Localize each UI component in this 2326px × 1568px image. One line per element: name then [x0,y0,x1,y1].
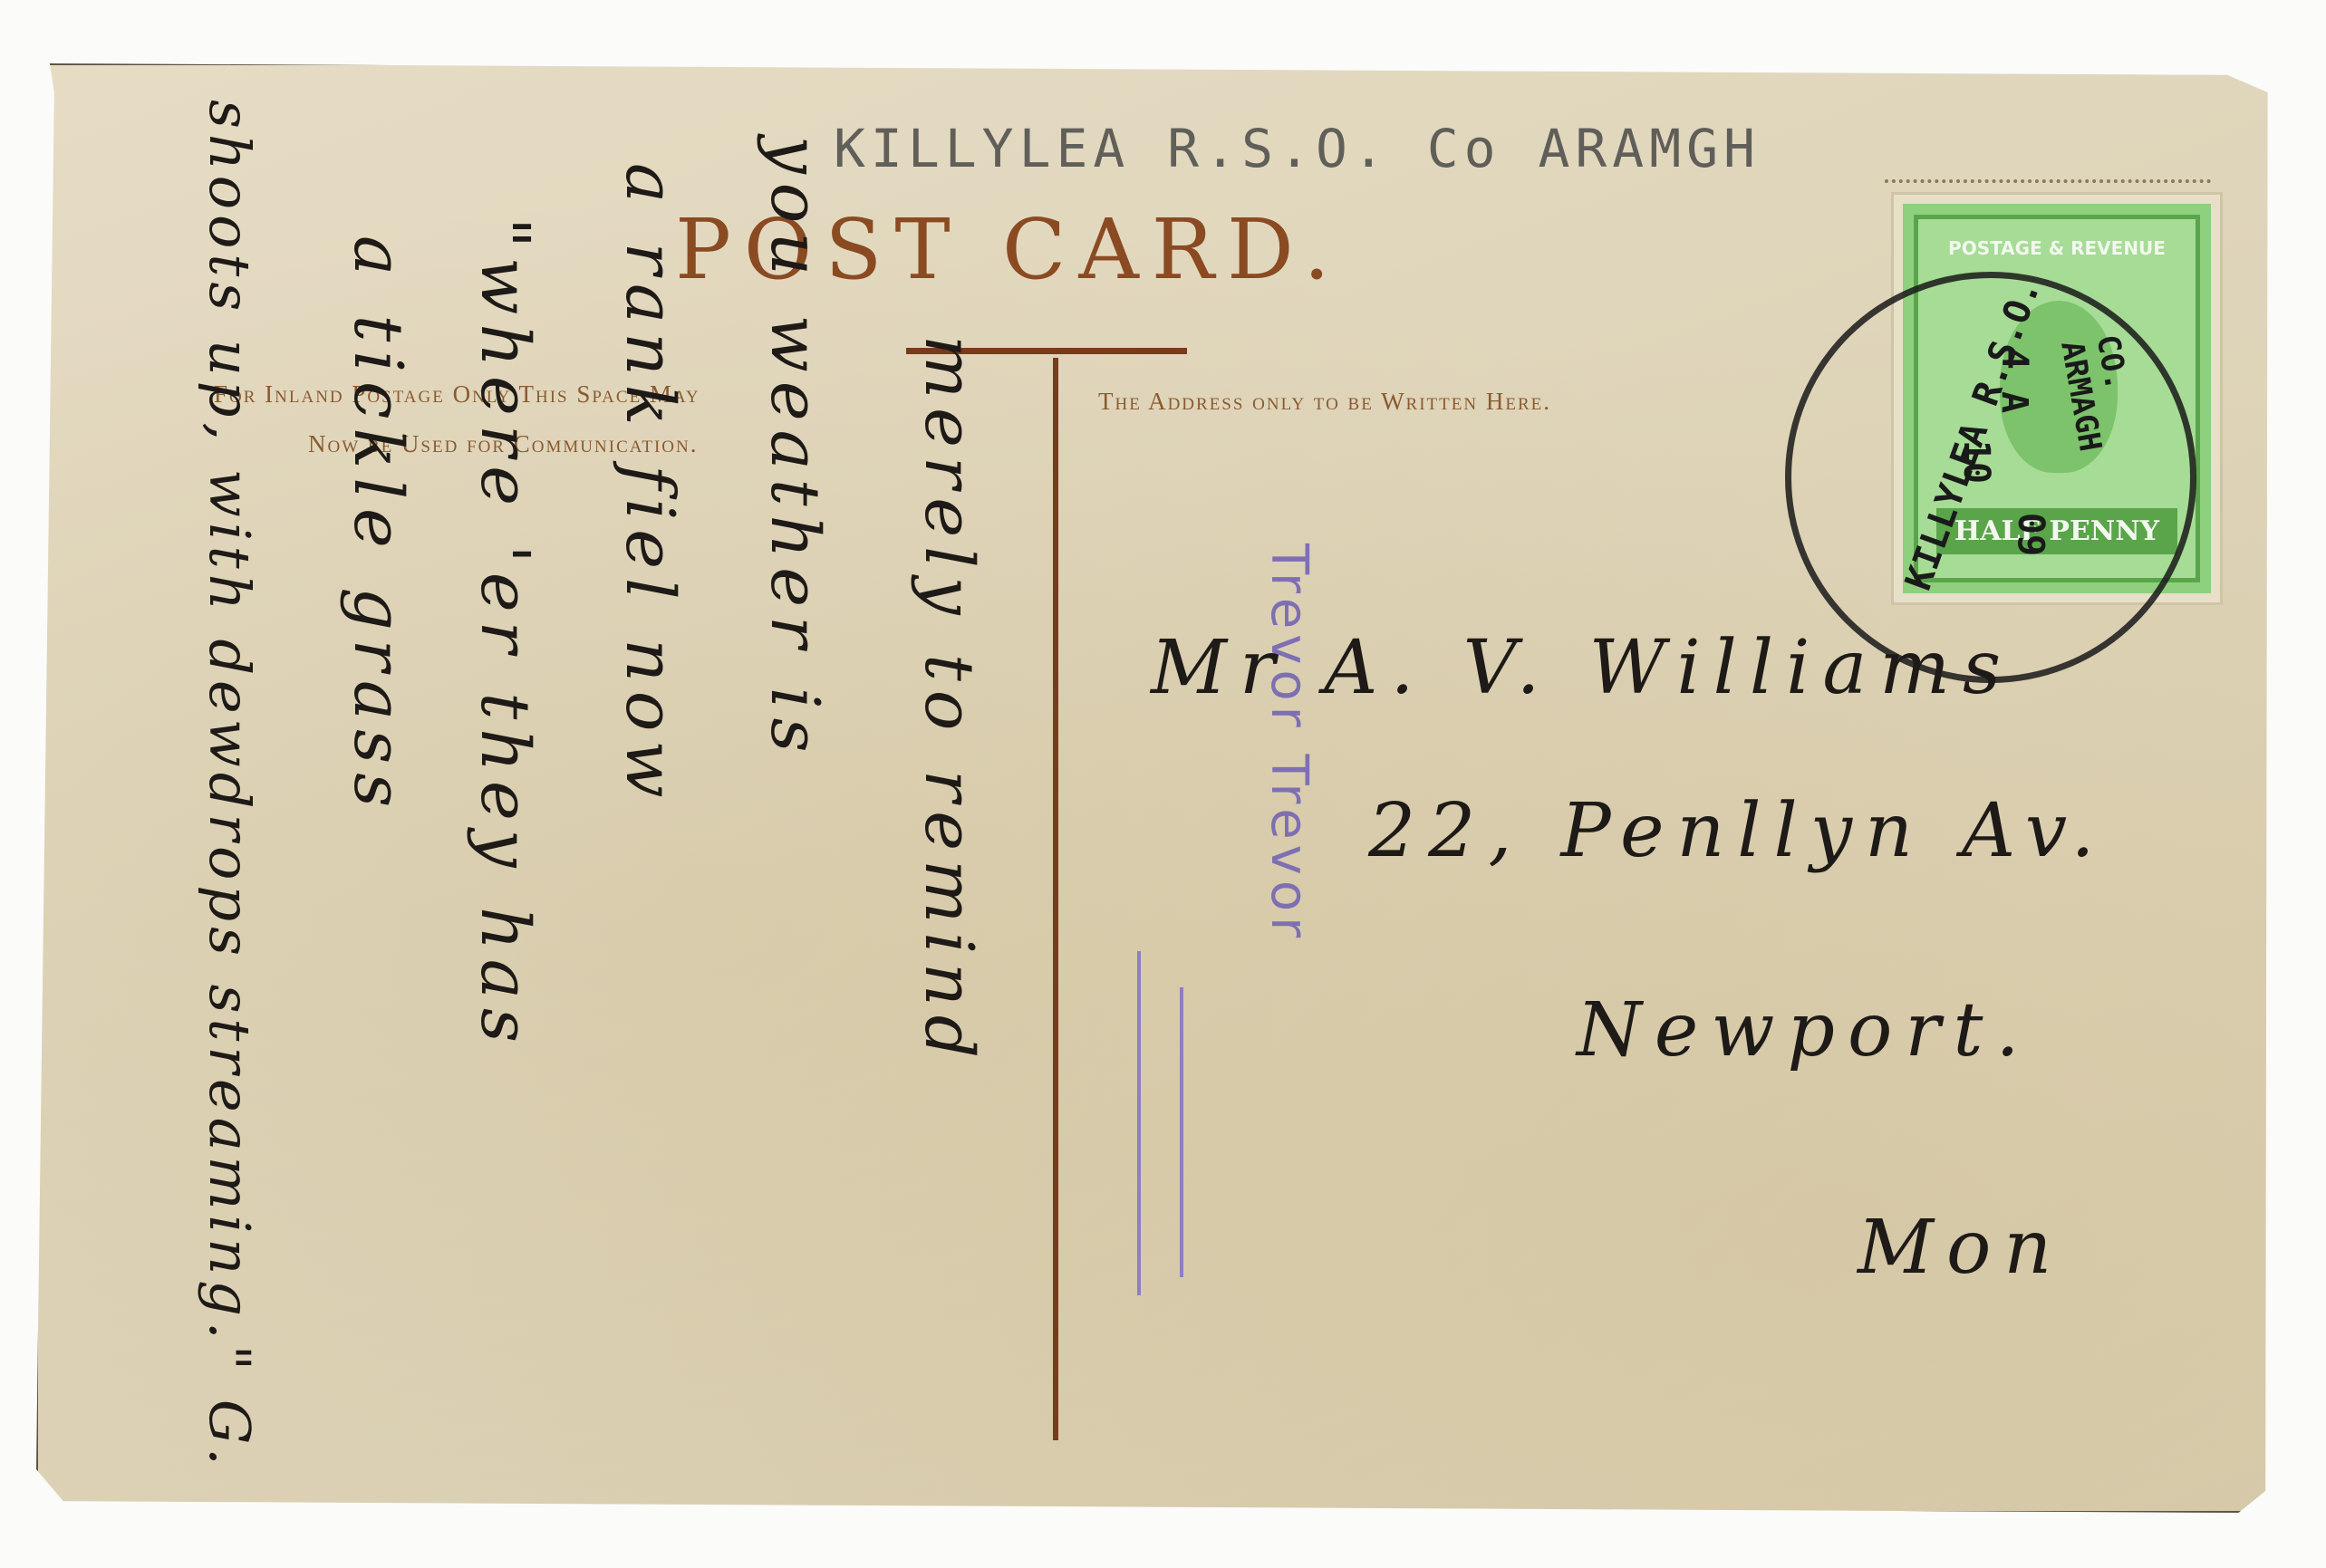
postmark-circle: KILLYLEA R.S.O. 4 A 10 09 CO. ARMAGH [1785,272,2196,683]
divider-vertical [1053,358,1058,1440]
notice-address: The Address only to be Written Here. [1098,388,1551,416]
message-line-6: shoots up, with dewdrops streaming." G. [197,100,263,1471]
purple-pencil-note: Trevor Trevor [1260,544,1318,943]
address-town: Newport. [1577,987,2032,1073]
stamp-perforation-trace [1885,179,2211,183]
postcard: KILLYLEA R.S.O. Co ARAMGH POST CARD. For… [36,63,2283,1513]
message-line-3: a rank fiel now [611,163,689,807]
address-street: 22, Penllyn Av. [1368,788,2108,874]
message-line-4: "where 'er they has [466,217,544,1052]
stamp-top-text: POSTAGE & REVENUE [1918,237,2196,259]
pencil-note-location: KILLYLEA R.S.O. Co ARAMGH [834,118,1761,179]
message-line-1: merely to remind [910,335,988,1067]
postmark-time: 4 A [1993,348,2035,413]
message-line-5: a tickle grass [339,236,417,816]
postmark-county: CO. ARMAGH [2053,332,2155,514]
address-county: Mon [1858,1205,2064,1291]
postmark-year: 09 [2010,513,2051,556]
postmark-day: 10 [1955,440,1997,484]
purple-underline-2 [1180,987,1183,1277]
message-line-2: you weather is [756,136,834,762]
purple-underline-1 [1137,951,1141,1295]
